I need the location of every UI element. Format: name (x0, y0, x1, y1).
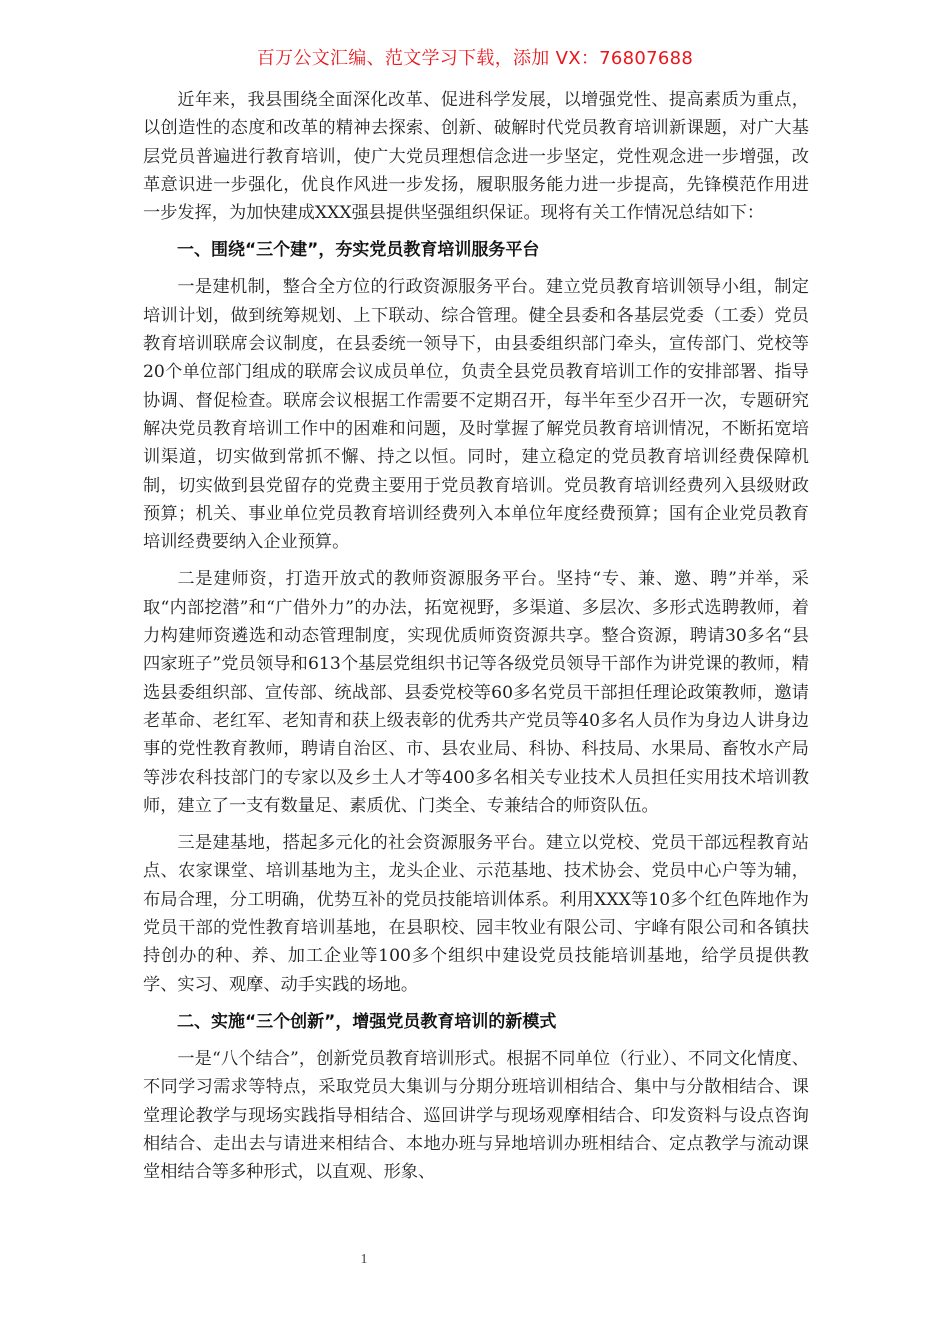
page-number: 1 (356, 1252, 372, 1268)
section-1-paragraph-3: 三是建基地，搭起多元化的社会资源服务平台。建立以党校、党员干部远程教育站点、农家… (143, 829, 809, 999)
document-body: 近年来，我县围绕全面深化改革、促进科学发展，以增强党性、提高素质为重点，以创造性… (143, 86, 809, 1186)
section-1-paragraph-1: 一是建机制，整合全方位的行政资源服务平台。建立党员教育培训领导小组，制定培训计划… (143, 273, 809, 556)
section-heading-1: 一、围绕“三个建”，夯实党员教育培训服务平台 (143, 236, 809, 264)
intro-paragraph: 近年来，我县围绕全面深化改革、促进科学发展，以增强党性、提高素质为重点，以创造性… (143, 86, 809, 227)
document-page: 百万公文汇编、范文学习下载，添加 VX：76807688 近年来，我县围绕全面深… (0, 0, 950, 1344)
header-banner: 百万公文汇编、范文学习下载，添加 VX：76807688 (0, 46, 950, 72)
section-1-paragraph-2: 二是建师资，打造开放式的教师资源服务平台。坚持“专、兼、邀、聘”并举，采取“内部… (143, 565, 809, 820)
section-heading-2: 二、实施“三个创新”，增强党员教育培训的新模式 (143, 1008, 809, 1036)
section-2-paragraph-1: 一是“八个结合”，创新党员教育培训形式。根据不同单位（行业）、不同文化情度、不同… (143, 1045, 809, 1186)
